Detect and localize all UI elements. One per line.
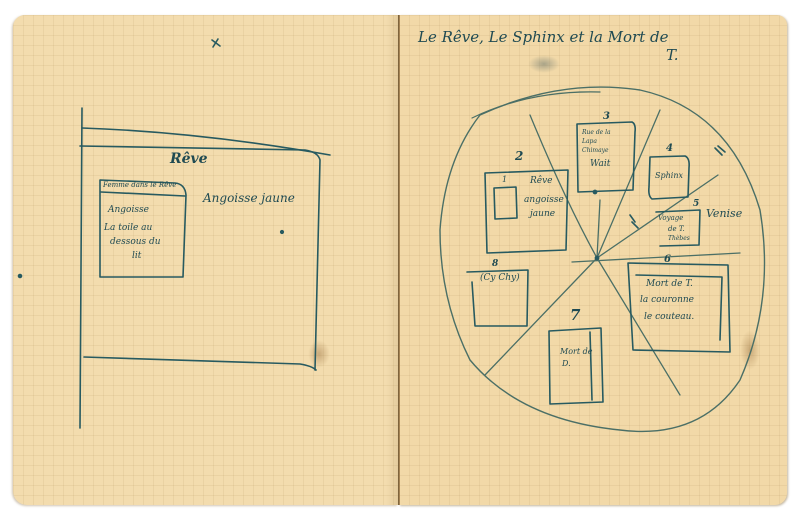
section-number: 6 — [664, 255, 671, 265]
section-text: (Cy Chy) — [480, 274, 520, 283]
section-number: 8 — [492, 260, 498, 269]
side-note: Angoisse jaune — [203, 192, 295, 204]
inner-box-header: Femme dans le Rêve — [103, 182, 176, 189]
section-text: Lapa — [582, 139, 597, 145]
section-text: jaune — [530, 210, 555, 219]
section-text: le couteau. — [644, 313, 694, 322]
section-text: D. — [562, 360, 571, 368]
section-text: Mort de T. — [646, 280, 693, 289]
section-text: angoisse — [524, 196, 564, 205]
inner-box-line: lit — [132, 252, 141, 261]
page-title-line2: T. — [666, 48, 679, 63]
section-number: 2 — [515, 150, 523, 162]
section-text: Voyage — [658, 215, 683, 222]
spoke — [597, 200, 600, 258]
section-text: Chimaye — [582, 148, 609, 154]
frame-bottom-line — [84, 357, 316, 370]
notebook-spread: Rêve Femme dans le Rêve Angoisse La toil… — [0, 0, 800, 521]
box-7-inner — [590, 332, 592, 400]
section-text: la couronne — [640, 296, 694, 305]
frame-left-edge — [80, 108, 82, 428]
frame-top-line-2 — [80, 146, 320, 370]
section-number: 4 — [666, 144, 673, 154]
box-1-outer — [485, 170, 568, 253]
section-text: Sphinx — [655, 172, 683, 180]
section-text: Thèbes — [668, 236, 690, 242]
section-text: de T. — [668, 226, 685, 233]
page-title: Le Rêve, Le Sphinx et la Mort de — [418, 30, 669, 45]
section-number: 1 — [502, 176, 507, 184]
spoke — [530, 115, 597, 258]
section-number: 7 — [570, 308, 580, 323]
inner-box-divider — [101, 192, 185, 196]
section-text: Rêve — [530, 177, 553, 186]
section-text: Mort de — [560, 348, 592, 356]
box-1-inner — [494, 187, 517, 219]
section-text: Wait — [590, 160, 610, 169]
section-number: 5 — [693, 200, 699, 209]
ink-drawing — [0, 0, 800, 521]
mark-x — [212, 39, 220, 47]
section-number: 3 — [603, 112, 610, 122]
inner-box-line: La toile au — [104, 224, 152, 233]
inner-box-line: Angoisse — [108, 206, 149, 215]
section-side-note: Venise — [706, 208, 742, 219]
section-text: Rue de la — [582, 130, 611, 136]
inner-box-line: dessous du — [110, 238, 161, 247]
box-7 — [549, 328, 603, 404]
frame-title: Rêve — [170, 152, 208, 166]
